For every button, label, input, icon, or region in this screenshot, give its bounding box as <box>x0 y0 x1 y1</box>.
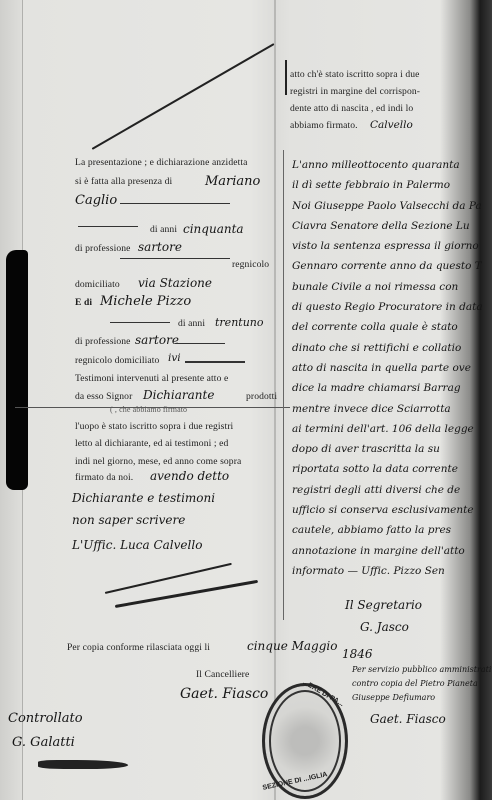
right-top-line-4: abbiamo firmato. <box>290 120 358 131</box>
hw-line: mentre invece dice Sciarrotta <box>292 399 482 419</box>
handwritten-rest-1: avendo detto <box>150 469 229 483</box>
hw-line: cautele, abbiamo fatto la pres <box>292 520 482 540</box>
hw-line: ufficio si conserva esclusivamente <box>292 500 482 520</box>
witness1-name-2: Caglio <box>75 193 117 208</box>
form-line-1: La presentazione ; e dichiarazione anzid… <box>75 157 247 168</box>
witness2-age: trentuno <box>215 316 264 329</box>
handwritten-rest-3: non saper scrivere <box>72 513 185 527</box>
hw-line: informato — Uffic. Pizzo Sen <box>292 561 482 581</box>
certification-text: Per copia conforme rilasciata oggi li <box>67 642 210 653</box>
witness2-domicile: ivi <box>168 352 181 364</box>
strike-through <box>15 407 290 408</box>
printed-rest-3: indi nel giorno, mese, ed anno come sopr… <box>75 456 241 467</box>
signor-name: Dichiarante <box>143 388 214 402</box>
witness1-name-1: Mariano <box>205 174 260 189</box>
witness2-name: Michele Pizzo <box>100 294 191 309</box>
bottom-left-note-1: Controllato <box>8 711 83 726</box>
hw-line: di questo Regio Procuratore in data <box>292 297 482 317</box>
printed-rest-2: letto al dichiarante, ed ai testimoni ; … <box>75 438 228 449</box>
hw-line: dice la madre chiamarsi Barrag <box>292 378 482 398</box>
profession-label-2: di professione <box>75 336 131 347</box>
ink-smear <box>38 760 128 769</box>
prodotti-label: prodotti <box>246 391 277 402</box>
hw-line: annotazione in margine dell'atto <box>292 541 482 561</box>
regnicolo-label: regnicolo <box>232 259 269 270</box>
age-label-1: di anni <box>150 224 177 235</box>
domicile-label: domiciliato <box>75 279 120 290</box>
rule <box>175 343 225 344</box>
age-label-2: di anni <box>178 318 205 329</box>
right-bracket-top <box>285 60 287 95</box>
handwritten-rest-2: Dichiarante e testimoni <box>72 491 215 505</box>
witness1-age: cinquanta <box>183 222 244 236</box>
bottom-left-note-2: G. Galatti <box>12 735 75 750</box>
bottom-right-note-1: Per servizio pubblico amministrativo <box>352 665 492 674</box>
printed-rest-4: firmato da noi. <box>75 472 133 483</box>
hw-line: il dì sette febbraio in Palermo <box>292 175 482 195</box>
witnesses-line: Testimoni intervenuti al presente atto e <box>75 373 228 384</box>
witness2-profession: sartore <box>135 333 179 347</box>
hw-line: Ciavra Senatore della Sezione Lu <box>292 216 482 236</box>
bottom-right-note-2: contro copia del Pietro Pianeta <box>352 679 478 688</box>
hw-line: Gennaro corrente anno da questo Tri <box>292 256 482 276</box>
witness1-domicile: via Stazione <box>138 276 212 290</box>
right-top-line-2: registri in margine del corrispon- <box>290 86 420 97</box>
hw-line: dopo di aver trascritta la su <box>292 439 482 459</box>
hw-line: riportata sotto la data corrente <box>292 459 482 479</box>
certification-year: 1846 <box>342 647 373 661</box>
rule <box>78 226 138 227</box>
right-top-line-3: dente atto di nascita , ed indi lo <box>290 103 413 114</box>
form-presence-label: si è fatta alla presenza di <box>75 176 172 187</box>
right-signature-2: G. Jasco <box>360 620 409 634</box>
and-of-label: E di <box>75 297 92 308</box>
hw-line: registri degli atti diversi che de <box>292 480 482 500</box>
hw-line: del corrente colla quale è stato <box>292 317 482 337</box>
rule <box>110 322 170 323</box>
cancel-stroke-top <box>92 43 275 149</box>
hw-line: atto di nascita in quella parte ove <box>292 358 482 378</box>
right-top-line-1: atto ch'è stato iscritto sopra i due <box>290 69 419 80</box>
certification-date: cinque Maggio <box>247 639 337 653</box>
chancellor-label: Il Cancelliere <box>196 669 249 680</box>
document-scan: atto ch'è stato iscritto sopra i due reg… <box>0 0 492 800</box>
binder-clip <box>6 250 28 490</box>
printed-rest-1: l'uopo è stato iscritto sopra i due regi… <box>75 421 233 432</box>
hw-line: dinato che si rettifichi e collatio <box>292 338 482 358</box>
right-top-signature: Calvello <box>370 119 413 131</box>
right-signature-1: Il Segretario <box>345 598 422 612</box>
right-bracket <box>283 150 284 620</box>
signor-label: da esso Signor <box>75 391 132 402</box>
right-handwritten-block: L'anno milleottocento quaranta il dì set… <box>292 155 482 581</box>
rule <box>185 361 245 363</box>
bottom-right-signature: Gaet. Fiasco <box>370 712 446 726</box>
hw-line: bunale Civile a noi rimessa con <box>292 277 482 297</box>
left-signature: L'Uffic. Luca Calvello <box>72 538 202 552</box>
regnicolo-domicile-label: regnicolo domiciliato <box>75 355 159 366</box>
hw-line: Noi Giuseppe Paolo Valsecchi da Pal <box>292 196 482 216</box>
witness1-profession: sartore <box>138 240 182 254</box>
hw-line: ai termini dell'art. 106 della legge <box>292 419 482 439</box>
profession-label-1: di professione <box>75 243 131 254</box>
rule <box>120 258 230 259</box>
bottom-right-note-3: Giuseppe Defiumaro <box>352 693 435 702</box>
hw-line: L'anno milleottocento quaranta <box>292 155 482 175</box>
hw-line: visto la sentenza espressa il giorno <box>292 236 482 256</box>
chancellor-signature: Gaet. Fiasco <box>180 686 268 702</box>
rule <box>120 203 230 204</box>
